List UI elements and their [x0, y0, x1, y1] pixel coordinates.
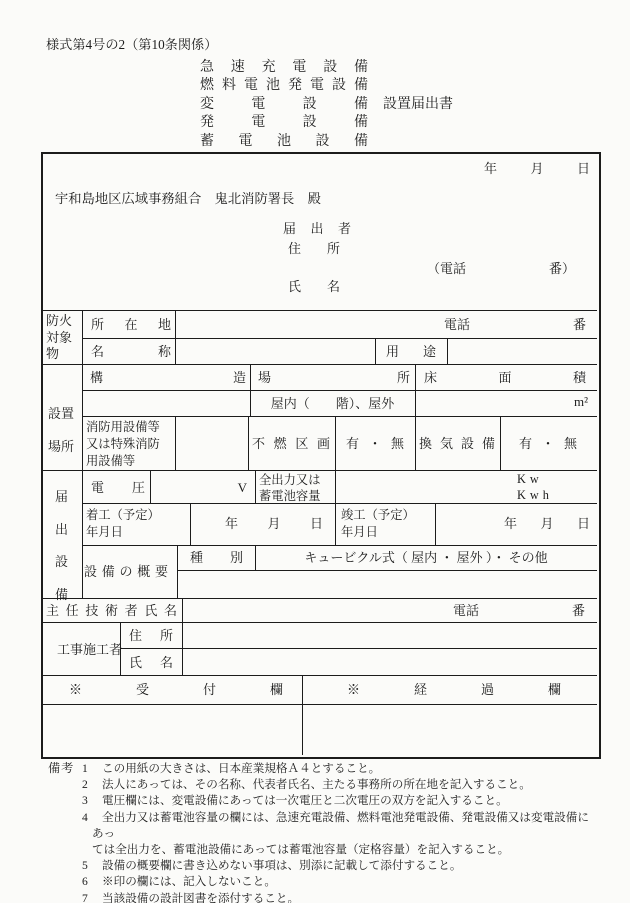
notes-label: 備考 [48, 761, 74, 775]
phone-close: 番） [549, 261, 575, 276]
contractor-address-label: 住所 [129, 628, 173, 643]
location-label: 所在地 [91, 317, 171, 332]
contractor-label: 工事施工者 [57, 642, 122, 657]
voltage-label: 電圧 [91, 480, 145, 495]
grid-line [120, 648, 597, 649]
grid-line [41, 310, 597, 311]
type-value: キュービクル式（ 屋内 ・ 屋外 ）・ その他 [255, 550, 597, 565]
note-item: 3 電圧欄には、変電設備にあっては一次電圧と二次電圧の双方を記入すること。 [82, 793, 598, 809]
noncombustible-yes-no: 有・無 [346, 436, 404, 451]
note-item: 7 当該設備の設計図書を添付すること。 [82, 891, 598, 903]
chief-engineer-label: 主任技術者氏名 [46, 603, 177, 618]
location-phone-line: 電話 番 [444, 317, 586, 332]
grid-line [447, 338, 448, 364]
fire-equipment-label: 消防用設備等 又は特殊消防 用設備等 [86, 419, 160, 470]
start-date-label: 着工（予定） 年月日 [86, 507, 160, 540]
note-text: 当該設備の設計図書を添付すること。 [92, 891, 598, 903]
grid-line [41, 598, 597, 599]
note-item: 2 法人にあっては、その名称、代表者氏名、主たる事務所の所在地を記入すること。 [82, 777, 598, 793]
grid-line [415, 364, 416, 470]
kw-unit: Kw Kwh [517, 472, 553, 503]
equipment-line: 蓄電池設備 [200, 133, 368, 151]
grid-line [82, 545, 597, 546]
reception-column-label: ※受付欄 [69, 682, 283, 697]
progress-column-label: ※経過欄 [347, 682, 561, 697]
note-text: 全出力又は蓄電池容量の欄には、急速充電設備、燃料電池発電設備、発電設備又は変電設… [92, 810, 598, 859]
note-text: この用紙の大きさは、日本産業規格Ａ４とすること。 [92, 761, 598, 777]
grid-line [82, 503, 597, 504]
grid-line [175, 310, 176, 364]
note-item: 4 全出力又は蓄電池容量の欄には、急速充電設備、燃料電池発電設備、発電設備又は変… [82, 810, 598, 859]
document-title: 設置届出書 [383, 97, 453, 114]
output-label: 全出力又は 蓄電池容量 [259, 473, 321, 504]
notifier-address-label: 住所 [288, 241, 340, 256]
grid-line [41, 470, 597, 471]
chief-phone-line: 電話 番 [453, 603, 585, 618]
grid-line [41, 675, 597, 676]
grid-line [82, 390, 597, 391]
type-label: 種別 [190, 550, 243, 565]
phone-ban-label: 番 [573, 317, 586, 332]
note-item: 5 設備の概要欄に書き込めない事項は、別添に記載して添付すること。 [82, 858, 598, 874]
end-date-label: 竣工（予定） 年月日 [341, 507, 415, 540]
submission-date-line: 年月日 [484, 161, 590, 176]
grid-line [177, 570, 597, 571]
ventilation-label: 換気設備 [419, 436, 495, 451]
grid-line [255, 470, 256, 503]
phone-label: 電話 [453, 603, 479, 618]
grid-line [182, 598, 183, 675]
note-text: 設備の概要欄に書き込めない事項は、別添に記載して添付すること。 [92, 858, 598, 874]
kw-label: Kw [517, 472, 553, 488]
kwh-label: Kwh [517, 488, 553, 504]
equipment-line: 変電設備 [200, 96, 368, 114]
grid-line [150, 470, 151, 503]
grid-line [41, 364, 597, 365]
grid-line [335, 416, 336, 545]
note-item: 6 ※印の欄には、記入しないこと。 [82, 874, 598, 890]
area-unit: m² [480, 394, 588, 409]
grid-line [177, 545, 178, 598]
voltage-unit: V [160, 480, 247, 495]
place-label: 場所 [258, 370, 410, 385]
notes-list: 1 この用紙の大きさは、日本産業規格Ａ４とすること。 2 法人にあっては、その名… [82, 761, 598, 903]
grid-line [82, 416, 597, 417]
equipment-line: 急速充電設備 [200, 59, 368, 77]
grid-line [41, 704, 597, 705]
floor-area-label: 床面積 [424, 370, 586, 385]
grid-line [190, 503, 191, 545]
grid-line [82, 338, 597, 339]
form-code: 様式第4号の2（第10条関係） [46, 37, 217, 53]
note-item: 1 この用紙の大きさは、日本産業規格Ａ４とすること。 [82, 761, 598, 777]
start-date-ymd: 年月日 [225, 516, 323, 531]
structure-label: 構造 [90, 370, 246, 385]
equipment-line: 燃料電池発電設備 [200, 77, 368, 95]
grid-line [175, 416, 176, 470]
grid-line [500, 416, 501, 470]
grid-line [302, 675, 303, 755]
phone-label: 電話 [444, 317, 470, 332]
grid-line [375, 338, 376, 364]
notifier-name-label: 氏名 [288, 279, 340, 294]
notified-equipment-label: 届 出 設 備 [55, 481, 68, 611]
notifier-label: 届出者 [283, 221, 351, 236]
grid-line [248, 416, 249, 470]
phone-open: （電話 [427, 261, 466, 276]
fire-target-label: 防火 対象 物 [46, 313, 72, 363]
equipment-summary-label: 設備の概要 [84, 564, 168, 579]
note-text: 法人にあっては、その名称、代表者氏名、主たる事務所の所在地を記入すること。 [92, 777, 598, 793]
noncombustible-label: 不燃区画 [252, 436, 330, 451]
contractor-name-label: 氏名 [129, 655, 173, 670]
note-text: 電圧欄には、変電設備にあっては一次電圧と二次電圧の双方を記入すること。 [92, 793, 598, 809]
grid-line [82, 310, 83, 598]
phone-ban-label: 番 [572, 603, 585, 618]
end-date-ymd: 年月日 [504, 516, 590, 531]
notifier-phone-line: （電話 番） [427, 261, 575, 276]
ventilation-yes-no: 有・無 [519, 436, 577, 451]
form-page: 様式第4号の2（第10条関係） 急速充電設備 燃料電池発電設備 変電設備 発電設… [0, 0, 630, 903]
note-text: ※印の欄には、記入しないこと。 [92, 874, 598, 890]
install-place-label: 設置 場所 [48, 397, 74, 463]
indoor-outdoor-text: 屋内（ 階）、屋外 [250, 396, 415, 411]
use-label: 用途 [386, 344, 436, 359]
grid-line [41, 622, 597, 623]
equipment-line: 発電設備 [200, 114, 368, 132]
grid-line [435, 503, 436, 545]
equipment-list: 急速充電設備 燃料電池発電設備 変電設備 発電設備 蓄電池設備 [200, 59, 368, 151]
addressee: 宇和島地区広域事務組合 鬼北消防署長 殿 [55, 191, 321, 207]
building-name-label: 名称 [91, 344, 171, 359]
